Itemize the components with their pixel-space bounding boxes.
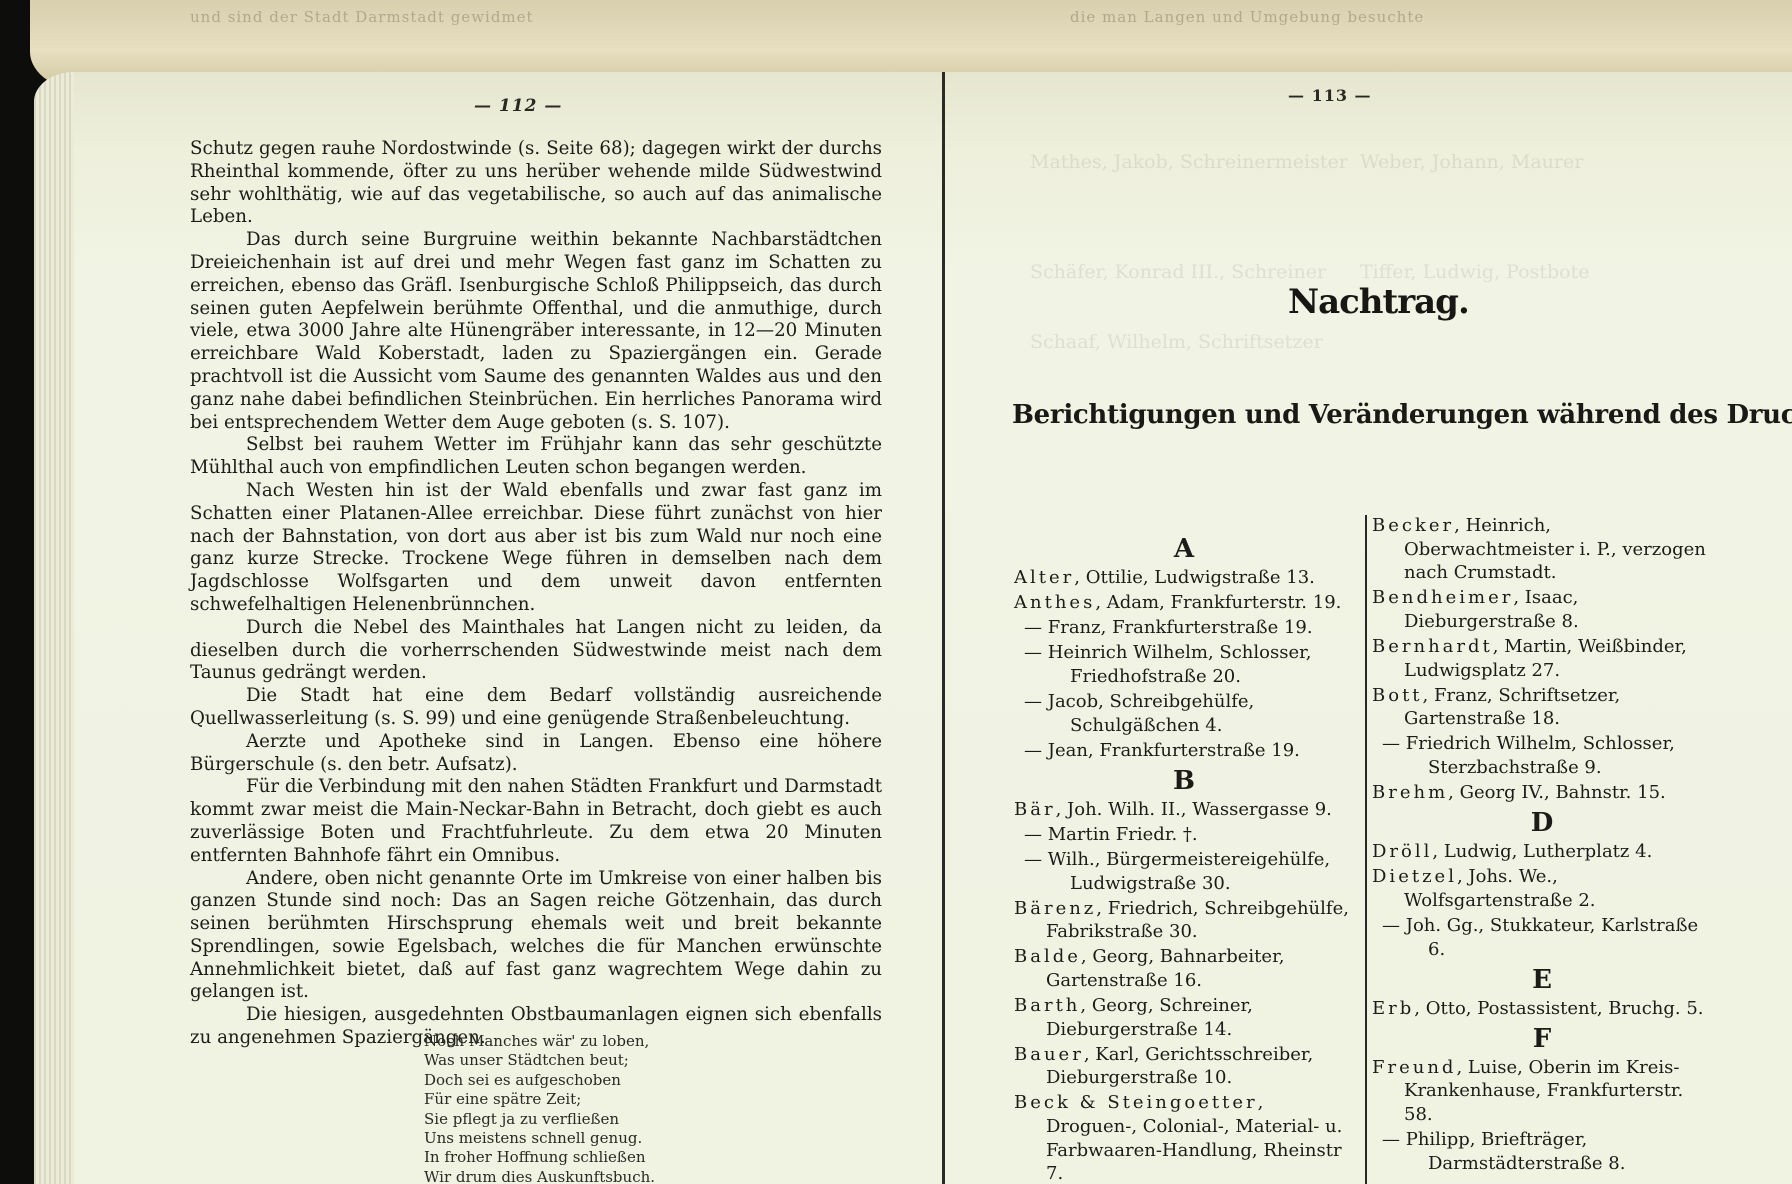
- directory-entry: Bott, Franz, Schriftsetzer, Gartenstraße…: [1372, 684, 1712, 731]
- bleed-through-text: Weber, Johann, Maurer: [1360, 150, 1583, 175]
- entry-surname: Bott: [1372, 685, 1423, 706]
- bleed-through-text: Schaaf, Wilhelm, Schriftsetzer: [1030, 330, 1323, 355]
- section-letter: D: [1372, 806, 1712, 840]
- directory-sub-entry: — Wilh., Bürgermeistereigehülfe, Ludwigs…: [1014, 848, 1354, 895]
- entry-details: , Adam, Frankfurterstr. 19.: [1095, 592, 1341, 613]
- entry-details: , Ottilie, Ludwigstraße 13.: [1074, 567, 1315, 588]
- entry-surname: Alter: [1014, 567, 1074, 588]
- poem-line: Für eine spätre Zeit;: [424, 1090, 655, 1109]
- bleed-through-text: und sind der Stadt Darmstadt gewidmet: [190, 8, 534, 26]
- directory-entry: Beck & Steingoetter, Droguen-, Colonial-…: [1014, 1091, 1354, 1184]
- paragraph: Das durch seine Burgruine weithin bekann…: [190, 229, 882, 434]
- directory-entry: Balde, Georg, Bahnarbeiter, Gartenstraße…: [1014, 945, 1354, 992]
- entry-surname: Bernhardt: [1372, 636, 1493, 657]
- directory-entry: Bauer, Karl, Gerichtsschreiber, Dieburge…: [1014, 1043, 1354, 1090]
- paragraph: Aerzte und Apotheke sind in Langen. Eben…: [190, 731, 882, 777]
- paragraph: Andere, oben nicht genannte Orte im Umkr…: [190, 868, 882, 1005]
- directory-sub-entry: — Franz, Frankfurterstraße 19.: [1014, 616, 1354, 640]
- entry-surname: Brehm: [1372, 782, 1448, 803]
- entry-surname: Dröll: [1372, 841, 1432, 862]
- entry-details: , Franz, Schriftsetzer, Gartenstraße 18.: [1404, 685, 1620, 730]
- entry-surname: Balde: [1014, 946, 1081, 967]
- section-letter: A: [1014, 532, 1354, 566]
- directory-sub-entry: — Philipp, Briefträger, Darmstädterstraß…: [1372, 1128, 1712, 1175]
- directory-entry: Bärenz, Friedrich, Schreibgehülfe, Fabri…: [1014, 897, 1354, 944]
- directory-sub-entry: — Jacob, Schreibgehülfe, Schulgäßchen 4.: [1014, 690, 1354, 737]
- section-letter: F: [1372, 1022, 1712, 1056]
- entry-surname: Bärenz: [1014, 898, 1096, 919]
- closing-poem: Noch Manches wär' zu loben, Was unser St…: [424, 1032, 655, 1184]
- directory-column-right: Becker, Heinrich, Oberwachtmeister i. P.…: [1372, 514, 1712, 1177]
- directory-sub-entry: — Friedrich Wilhelm, Schlosser, Sterzbac…: [1372, 732, 1712, 779]
- directory-entry: Dietzel, Johs. We., Wolfsgartenstraße 2.: [1372, 865, 1712, 912]
- paragraph: Schutz gegen rauhe Nordostwinde (s. Seit…: [190, 138, 882, 229]
- entry-details: , Georg IV., Bahnstr. 15.: [1448, 782, 1666, 803]
- entry-surname: Erb: [1372, 998, 1414, 1019]
- entry-surname: Bauer: [1014, 1044, 1084, 1065]
- paragraph: Für die Verbindung mit den nahen Städten…: [190, 776, 882, 867]
- poem-line: Sie pflegt ja zu verfließen: [424, 1110, 655, 1129]
- paragraph: Die Stadt hat eine dem Bedarf vollständi…: [190, 685, 882, 731]
- paragraph: Durch die Nebel des Mainthales hat Lange…: [190, 617, 882, 685]
- page-title: Nachtrag.: [1288, 282, 1469, 322]
- entry-surname: Freund: [1372, 1057, 1456, 1078]
- poem-line: In froher Hoffnung schließen: [424, 1148, 655, 1167]
- directory-entry: Dröll, Ludwig, Lutherplatz 4.: [1372, 840, 1712, 864]
- entry-details: , Otto, Postassistent, Bruchg. 5.: [1414, 998, 1703, 1019]
- directory-entry: Alter, Ottilie, Ludwigstraße 13.: [1014, 566, 1354, 590]
- section-heading: Berichtigungen und Veränderungen während…: [1012, 400, 1712, 430]
- directory-entry: Erb, Otto, Postassistent, Bruchg. 5.: [1372, 997, 1712, 1021]
- directory-sub-entry: — Heinrich Wilhelm, Schlosser, Friedhofs…: [1014, 641, 1354, 688]
- bleed-through-text: die man Langen und Umgebung besuchte: [1070, 8, 1424, 26]
- directory-entry: Brehm, Georg IV., Bahnstr. 15.: [1372, 781, 1712, 805]
- poem-line: Noch Manches wär' zu loben,: [424, 1032, 655, 1051]
- directory-sub-entry: — Jean, Frankfurterstraße 19.: [1014, 739, 1354, 763]
- entry-details: , Joh. Wilh. II., Wassergasse 9.: [1056, 799, 1332, 820]
- poem-line: Was unser Städtchen beut;: [424, 1051, 655, 1070]
- entry-surname: Bär: [1014, 799, 1056, 820]
- entry-surname: Bendheimer: [1372, 587, 1513, 608]
- poem-line: Doch sei es aufgeschoben: [424, 1071, 655, 1090]
- entry-surname: Barth: [1014, 995, 1080, 1016]
- directory-entry: Bendheimer, Isaac, Dieburgerstraße 8.: [1372, 586, 1712, 633]
- page-number-left: — 112 —: [474, 96, 562, 116]
- directory-column-left: AAlter, Ottilie, Ludwigstraße 13.Anthes,…: [1014, 532, 1354, 1184]
- directory-sub-entry: — Martin Friedr. †.: [1014, 823, 1354, 847]
- section-letter: E: [1372, 963, 1712, 997]
- directory-entry: Becker, Heinrich, Oberwachtmeister i. P.…: [1372, 514, 1712, 585]
- bleed-through-text: Schäfer, Konrad III., Schreiner: [1030, 260, 1326, 285]
- entry-details: , Georg, Bahnarbeiter, Gartenstraße 16.: [1046, 946, 1284, 991]
- book-gutter: [942, 72, 945, 1184]
- poem-line: Uns meistens schnell genug.: [424, 1129, 655, 1148]
- paragraph: Nach Westen hin ist der Wald ebenfalls u…: [190, 480, 882, 617]
- poem-line: Wir drum dies Auskunftsbuch.: [424, 1168, 655, 1184]
- page-number-right: — 113 —: [1288, 86, 1372, 105]
- directory-entry: Bär, Joh. Wilh. II., Wassergasse 9.: [1014, 798, 1354, 822]
- entry-details: , Ludwig, Lutherplatz 4.: [1432, 841, 1652, 862]
- entry-details: , Karl, Gerichtsschreiber, Dieburgerstra…: [1046, 1044, 1313, 1089]
- entry-surname: Anthes: [1014, 592, 1095, 613]
- entry-surname: Becker: [1372, 515, 1454, 536]
- section-letter: B: [1014, 764, 1354, 798]
- bleed-through-text: Mathes, Jakob, Schreinermeister: [1030, 150, 1348, 175]
- directory-entry: Barth, Georg, Schreiner, Dieburgerstraße…: [1014, 994, 1354, 1041]
- paragraph: Selbst bei rauhem Wetter im Frühjahr kan…: [190, 434, 882, 480]
- entry-surname: Beck & Steingoetter: [1014, 1092, 1258, 1113]
- directory-sub-entry: — Joh. Gg., Stukkateur, Karlstraße 6.: [1372, 914, 1712, 961]
- entry-surname: Dietzel: [1372, 866, 1457, 887]
- directory-entry: Bernhardt, Martin, Weißbinder, Ludwigspl…: [1372, 635, 1712, 682]
- directory-entry: Anthes, Adam, Frankfurterstr. 19.: [1014, 591, 1354, 615]
- directory-entry: Freund, Luise, Oberin im Kreis-Krankenha…: [1372, 1056, 1712, 1127]
- column-divider: [1365, 515, 1367, 1184]
- left-page-body: Schutz gegen rauhe Nordostwinde (s. Seit…: [190, 138, 882, 1050]
